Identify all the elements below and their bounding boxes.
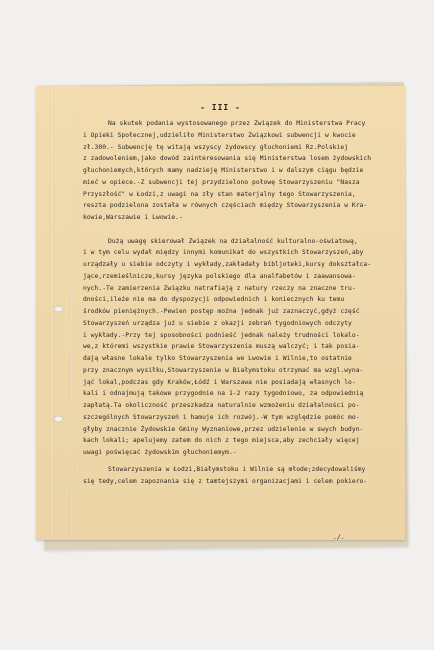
text-line: Stowarzyszenia w Łodzi,Białymstoku i Wil… [83,464,399,476]
text-line: reszta podzielona została w równych częś… [83,200,399,212]
paragraph: Na skutek podania wystosowanego przez Zw… [83,118,399,224]
text-line: i wykłady.-Przy tej sposobności podnieść… [83,330,399,342]
text-line: przy znacznym wysiłku,Stowarzyszenie w B… [83,365,399,377]
text-line: i Opieki Społecznej,udzieliło Ministerst… [83,130,399,142]
text-line: głuchoniemych,których mamy nadzieję Mini… [83,165,399,177]
page-number: - III - [36,103,405,112]
text-line: we,z któremi wszystkie prawie Stowarzysz… [83,341,399,353]
text-line: szczególnych Stowarzyszeń i hamuje ich r… [83,412,399,424]
text-line: kowie,Warszawie i Lwowie.- [83,212,399,224]
text-line: środków pieniężnych.-Pewien postęp można… [83,306,399,318]
text-line: Dużą uwagę skierował Związek na działaln… [83,236,399,248]
text-line: urządzały u siebie odczyty i wykłady,zak… [83,259,399,271]
paragraph: Dużą uwagę skierował Związek na działaln… [83,236,399,459]
text-line: z zadowoleniem,jako dowód zainteresowani… [83,153,399,165]
text-line: uwagi poświęcać żydowskim głuchoniemym.- [83,447,399,459]
text-line: kach lokali; apelujemy zatem do nich z t… [83,435,399,447]
text-line: jące,rzemieślnicze,kursy języka polskieg… [83,271,399,283]
page-fold [70,86,74,540]
punch-hole [54,306,63,312]
document-page: - III - Na skutek podania wystosowanego … [36,86,405,540]
continuation-mark: ./. [333,533,345,541]
text-line: dają własne lokale tylko Stowarzyszenia … [83,353,399,365]
text-line: Stowarzyszeń urządza już u siebie z okaz… [83,318,399,330]
text-line: zł.300.- Subwencję tę witają wszyscy żyd… [83,142,399,154]
text-line: jąć lokal,podczas gdy Kraków,Łódź i Wars… [83,377,399,389]
text-line: głyby znacznie Żydowskie Gminy Wyznaniow… [83,424,399,436]
text-line: kali i odnajmują takowe przygodnie na 1-… [83,388,399,400]
text-line: i w tym celu wydał między innymi komunik… [83,247,399,259]
text-line: dności,ileże nie ma do dyspozycji odpowi… [83,294,399,306]
text-line: Na skutek podania wystosowanego przez Zw… [83,118,399,130]
text-line: zapłatą.Ta okoliczność przeszkadza natur… [83,400,399,412]
text-line: nych.-Te zamierzenia Związku natrafiają … [83,283,399,295]
text-line: Przyszłość" w Łodzi,z uwagi na zły stan … [83,189,399,201]
text-line: mieć w opiece.-Z subwencji tej przydziel… [83,177,399,189]
punch-hole [54,416,63,422]
paragraph-gap [83,224,399,236]
paragraph: Stowarzyszenia w Łodzi,Białymstoku i Wil… [83,464,399,488]
text-line: się tedy,celem zapoznania się z tamtejsz… [83,476,399,488]
page-fold [50,86,54,540]
typewritten-body: Na skutek podania wystosowanego przez Zw… [83,118,399,487]
